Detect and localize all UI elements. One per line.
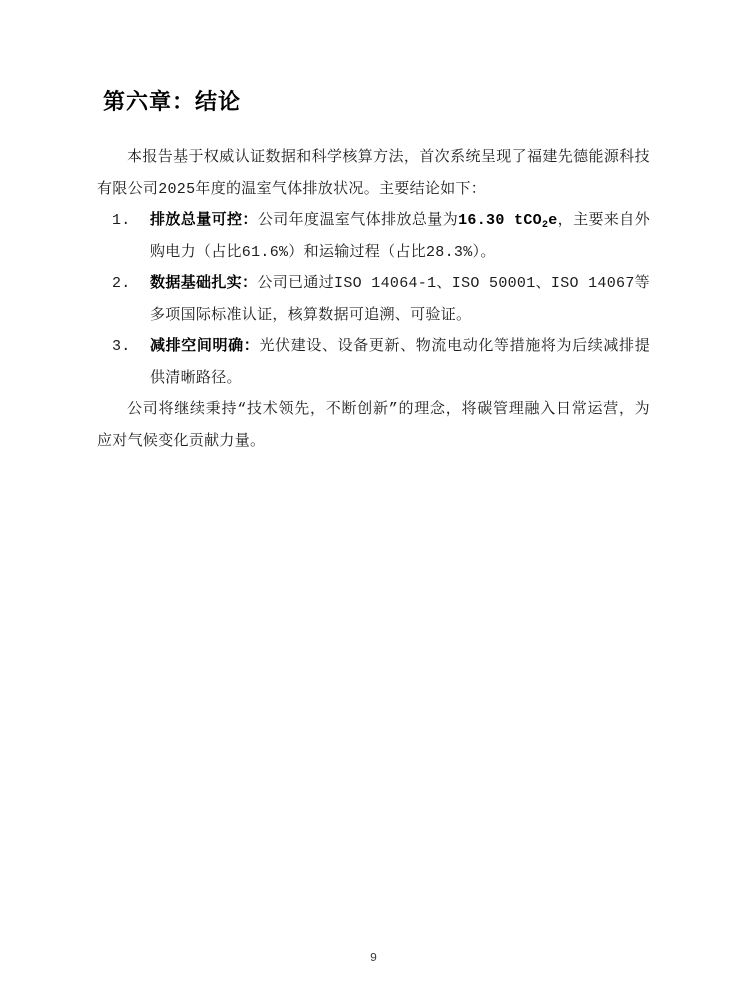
list-item-2: 2. 数据基础扎实：公司已通过ISO 14064-1、ISO 50001、ISO…: [97, 268, 650, 331]
list-item-body-before: 公司年度温室气体排放总量为: [258, 212, 458, 229]
chapter-heading: 第六章：结论: [103, 90, 650, 118]
list-item-number: 2.: [112, 268, 131, 300]
conclusion-list: 1. 排放总量可控：公司年度温室气体排放总量为16.30 tCO2e，主要来自外…: [97, 205, 650, 394]
closing-paragraph: 公司将继续秉持“技术领先，不断创新”的理念，将碳管理融入日常运营，为应对气候变化…: [97, 394, 650, 457]
emission-value-tail: e: [548, 212, 557, 229]
list-item-number: 3.: [112, 331, 131, 363]
page-number: 9: [0, 951, 747, 965]
intro-paragraph: 本报告基于权威认证数据和科学核算方法，首次系统呈现了福建先德能源科技有限公司20…: [97, 142, 650, 205]
list-item-1: 1. 排放总量可控：公司年度温室气体排放总量为16.30 tCO2e，主要来自外…: [97, 205, 650, 268]
list-item-text: 排放总量可控：公司年度温室气体排放总量为16.30 tCO2e，主要来自外购电力…: [150, 212, 650, 261]
list-item-3: 3. 减排空间明确：光伏建设、设备更新、物流电动化等措施将为后续减排提供清晰路径…: [97, 331, 650, 394]
list-item-number: 1.: [112, 205, 131, 237]
document-page: 第六章：结论 本报告基于权威认证数据和科学核算方法，首次系统呈现了福建先德能源科…: [0, 0, 747, 1008]
emission-value-main: 16.30 tCO: [458, 212, 542, 229]
list-item-text: 数据基础扎实：公司已通过ISO 14064-1、ISO 50001、ISO 14…: [150, 275, 650, 324]
emission-total-value: 16.30 tCO2e: [458, 212, 557, 229]
list-item-text: 减排空间明确：光伏建设、设备更新、物流电动化等措施将为后续减排提供清晰路径。: [150, 338, 650, 387]
list-item-label: 减排空间明确：: [150, 338, 259, 355]
list-item-label: 数据基础扎实：: [150, 275, 257, 292]
list-item-label: 排放总量可控：: [150, 212, 258, 229]
